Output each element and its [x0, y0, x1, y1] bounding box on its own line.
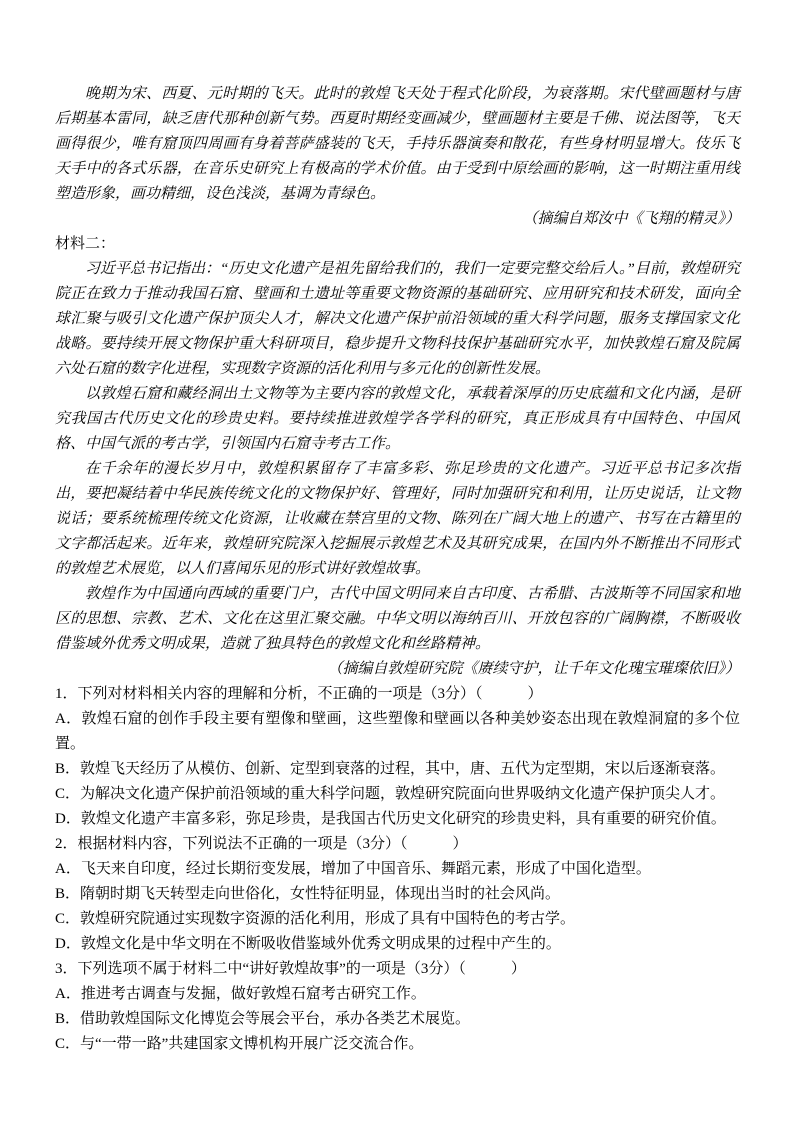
question-2-option-a: A．飞天来自印度，经过长期衍变发展，增加了中国音乐、舞蹈元素，形成了中国化造型。	[55, 857, 740, 882]
question-1: 1．下列对材料相关内容的理解和分析，不正确的一项是（3分）（ ） A．敦煌石窟的…	[55, 682, 740, 832]
question-2: 2．根据材料内容，下列说法不正确的一项是（3分）（ ） A．飞天来自印度，经过长…	[55, 832, 740, 957]
material2-attribution: （摘编自敦煌研究院《赓续守护，让千年文化瑰宝璀璨依旧》）	[55, 657, 740, 682]
material2-label: 材料二：	[55, 232, 740, 257]
question-3-option-b: B．借助敦煌国际文化博览会等展会平台，承办各类艺术展览。	[55, 1007, 740, 1032]
material2-paragraph-2: 以敦煌石窟和藏经洞出土文物等为主要内容的敦煌文化，承载着深厚的历史底蕴和文化内涵…	[55, 382, 740, 457]
exam-page: 晚期为宋、西夏、元时期的飞天。此时的敦煌飞天处于程式化阶段，为衰落期。宋代壁画题…	[0, 0, 794, 1123]
material2-paragraph-3: 在千余年的漫长岁月中，敦煌积累留存了丰富多彩、弥足珍贵的文化遗产。习近平总书记多…	[55, 457, 740, 582]
question-2-stem: 2．根据材料内容，下列说法不正确的一项是（3分）（ ）	[55, 832, 740, 857]
material2-paragraph-4: 敦煌作为中国通向西域的重要门户，古代中国文明同来自古印度、古希腊、古波斯等不同国…	[55, 582, 740, 657]
question-2-option-d: D．敦煌文化是中华文明在不断吸收借鉴域外优秀文明成果的过程中产生的。	[55, 932, 740, 957]
question-1-option-c: C．为解决文化遗产保护前沿领域的重大科学问题，敦煌研究院面向世界吸纳文化遗产保护…	[55, 782, 740, 807]
material1-attribution: （摘编自郑汝中《飞翔的精灵》）	[55, 207, 740, 232]
question-1-option-a: A．敦煌石窟的创作手段主要有塑像和壁画，这些塑像和壁画以各种美妙姿态出现在敦煌洞…	[55, 707, 740, 757]
question-3-stem: 3．下列选项不属于材料二中“讲好敦煌故事”的一项是（3分）（ ）	[55, 957, 740, 982]
question-1-option-d: D．敦煌文化遗产丰富多彩，弥足珍贵，是我国古代历史文化研究的珍贵史料，具有重要的…	[55, 807, 740, 832]
material1-paragraph: 晚期为宋、西夏、元时期的飞天。此时的敦煌飞天处于程式化阶段，为衰落期。宋代壁画题…	[55, 82, 740, 207]
material2-paragraph-1: 习近平总书记指出：“历史文化遗产是祖先留给我们的，我们一定要完整交给后人。”目前…	[55, 257, 740, 382]
question-3-option-c: C．与“一带一路”共建国家文博机构开展广泛交流合作。	[55, 1032, 740, 1057]
question-3-option-a: A．推进考古调查与发掘，做好敦煌石窟考古研究工作。	[55, 982, 740, 1007]
question-1-option-b: B．敦煌飞天经历了从模仿、创新、定型到衰落的过程，其中，唐、五代为定型期，宋以后…	[55, 757, 740, 782]
question-1-stem: 1．下列对材料相关内容的理解和分析，不正确的一项是（3分）（ ）	[55, 682, 740, 707]
question-2-option-c: C．敦煌研究院通过实现数字资源的活化利用，形成了具有中国特色的考古学。	[55, 907, 740, 932]
question-3: 3．下列选项不属于材料二中“讲好敦煌故事”的一项是（3分）（ ） A．推进考古调…	[55, 957, 740, 1057]
question-2-option-b: B．隋朝时期飞天转型走向世俗化，女性特征明显，体现出当时的社会风尚。	[55, 882, 740, 907]
